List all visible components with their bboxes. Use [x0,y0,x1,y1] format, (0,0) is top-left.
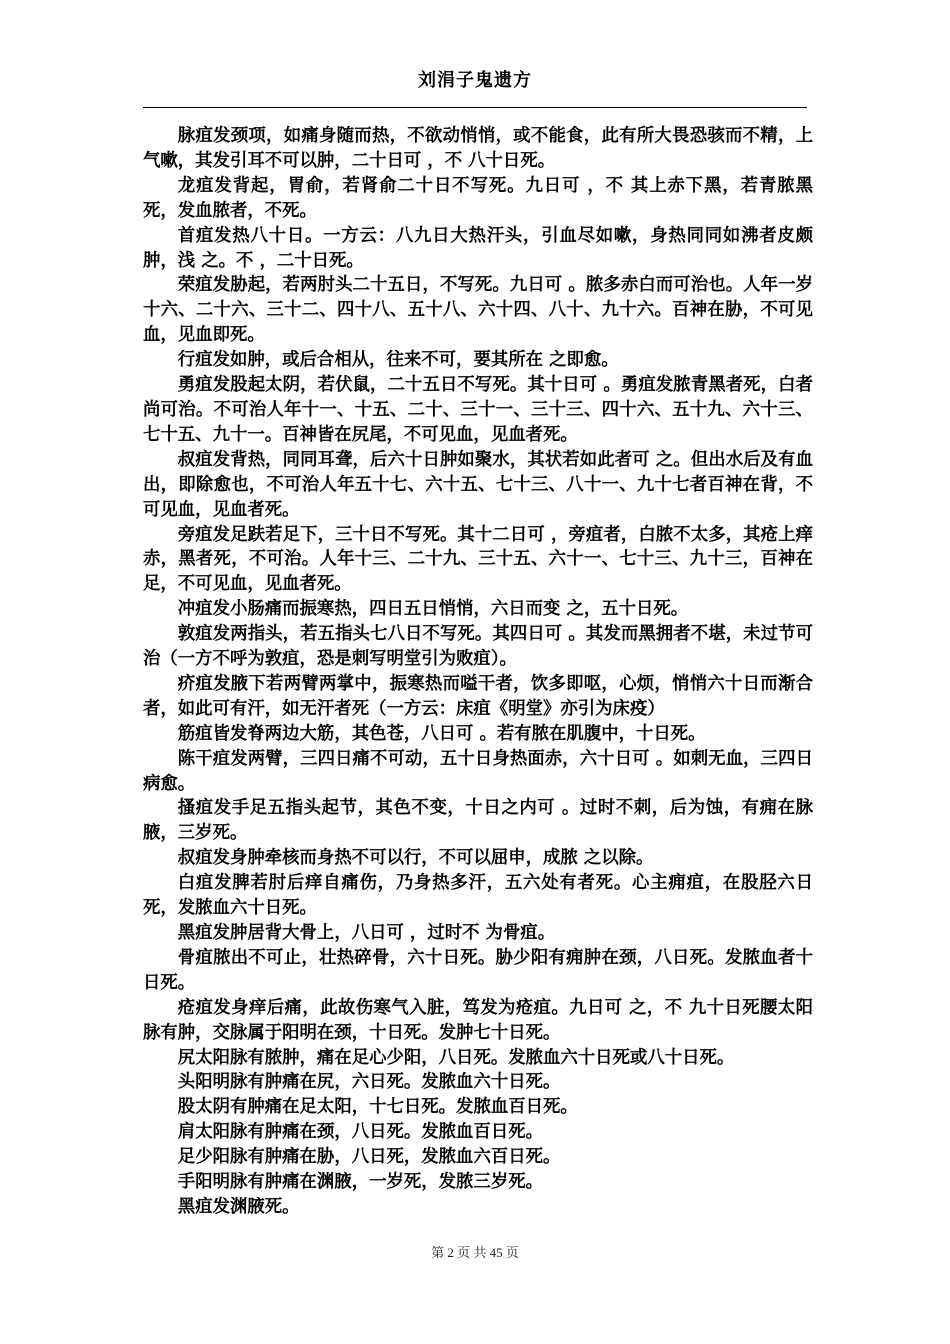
paragraph: 荣疽发胁起，若两肘头二十五日，不写死。九日可 。脓多赤白而可治也。人年一岁十六、… [143,273,813,348]
paragraph: 脉疽发颈项，如痛身随而热，不欲动悄悄，或不能食，此有所大畏恐骇而不精，上气嗽，其… [143,124,813,174]
paragraph: 股太阴有肿痛在足太阳，十七日死。发脓血百日死。 [143,1095,813,1120]
page-number: 第 2 页 共 45 页 [0,1242,950,1261]
document-body: 脉疽发颈项，如痛身随而热，不欲动悄悄，或不能食，此有所大畏恐骇而不精，上气嗽，其… [143,124,813,1220]
paragraph: 疮疽发身痒后痛，此故伤寒气入脏，笃发为疮疽。九日可 之，不 九十日死腰太阳脉有肿… [143,996,813,1046]
paragraph: 龙疽发背起，胃俞，若肾俞二十日不写死。九日可 ，不 其上赤下黑，若青脓黑死，发血… [143,174,813,224]
paragraph: 搔疽发手足五指头起节，其色不变，十日之内可 。过时不刺，后为蚀，有痈在脉腋，三岁… [143,796,813,846]
paragraph: 筋疽皆发脊两边大筋，其色苍，八日可 。若有脓在肌腹中，十日死。 [143,722,813,747]
paragraph: 疥疽发腋下若两臂两掌中，振寒热而嗌干者，饮多即呕，心烦，悄悄六十日而渐合者，如此… [143,672,813,722]
paragraph: 肩太阳脉有肿痛在颈，八日死。发脓血百日死。 [143,1120,813,1145]
paragraph: 冲疽发小肠痛而振寒热，四日五日悄悄，六日而变 之，五十日死。 [143,597,813,622]
paragraph: 旁疽发足趺若足下，三十日不写死。其十二日可 ，旁疽者，白脓不太多，其疮上痒赤，黑… [143,523,813,598]
paragraph: 叔疽发背热，同同耳聋，后六十日肿如聚水，其状若如此者可 之。但出水后及有血出，即… [143,448,813,523]
paragraph: 尻太阳脉有脓肿，痛在足心少阳，八日死。发脓血六十日死或八十日死。 [143,1046,813,1071]
header-divider [143,107,807,108]
paragraph: 白疽发脾若肘后痒自痛伤，乃身热多汗，五六处有者死。心主痈疽，在股胫六日死，发脓血… [143,871,813,921]
paragraph: 敦疽发两指头，若五指头七八日不写死。其四日可 。其发而黑拥者不堪，未过节可治（一… [143,622,813,672]
paragraph: 陈干疽发两臂，三四日痛不可动，五十日身热面赤，六十日可 。如刺无血，三四日病愈。 [143,747,813,797]
paragraph: 骨疽脓出不可止，壮热碎骨，六十日死。胁少阳有痈肿在颈，八日死。发脓血者十日死。 [143,946,813,996]
paragraph: 叔疽发身肿牵核而身热不可以行，不可以屈申，成脓 之以除。 [143,846,813,871]
paragraph: 黑疽发肿居背大骨上，八日可 ，过时不 为骨疽。 [143,921,813,946]
paragraph: 勇疽发股起太阴，若伏鼠，二十五日不写死。其十日可 。勇疽发脓青黑者死，白者尚可治… [143,373,813,448]
paragraph: 行疽发如肿，或后合相从，往来不可，要其所在 之即愈。 [143,348,813,373]
document-title: 刘涓子鬼遗方 [0,66,950,92]
paragraph: 手阳明脉有肿痛在渊腋，一岁死，发脓三岁死。 [143,1170,813,1195]
paragraph: 足少阳脉有肿痛在胁，八日死，发脓血六百日死。 [143,1145,813,1170]
paragraph: 黑疽发渊腋死。 [143,1195,813,1220]
paragraph: 首疽发热八十日。一方云：八九日大热汗头，引血尽如嗽，身热同同如沸者皮颇肿，浅 之… [143,224,813,274]
paragraph: 头阳明脉有肿痛在尻，六日死。发脓血六十日死。 [143,1070,813,1095]
